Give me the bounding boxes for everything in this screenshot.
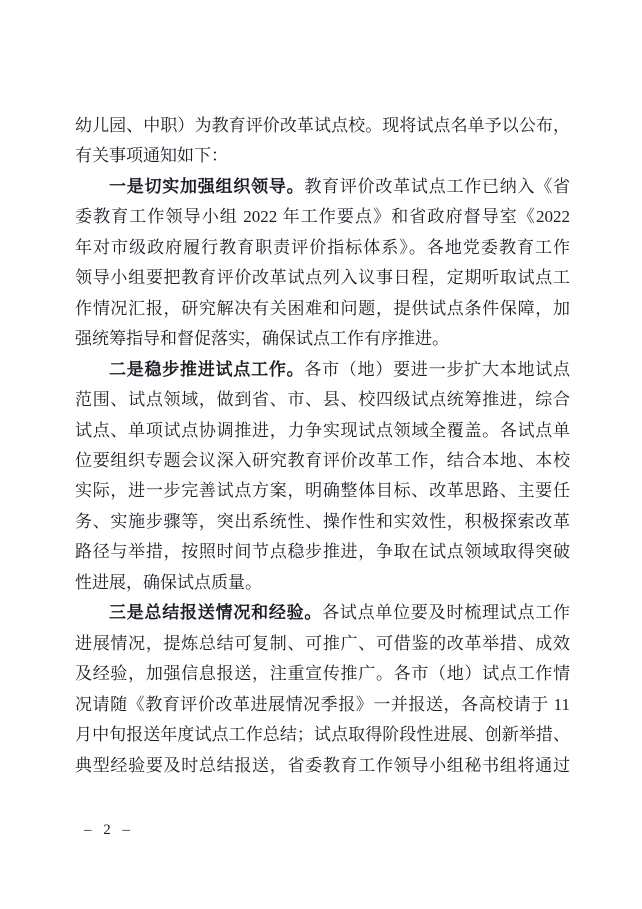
line-text: 况请随《教育评价改革进展情况季报》一并报送，各高校请于 11 bbox=[75, 695, 570, 714]
line-text: 务、实施步骤等，突出系统性、操作性和实效性，积极探索改革 bbox=[75, 512, 570, 531]
document-line: 一是切实加强组织领导。教育评价改革试点工作已纳入《省 bbox=[75, 172, 570, 202]
document-line: 实际，进一步完善试点方案，明确整体目标、改革思路、主要任 bbox=[75, 476, 570, 506]
paragraph-lead: 一是切实加强组织领导。 bbox=[109, 177, 304, 196]
line-text: 领导小组要把教育评价改革试点列入议事日程，定期听取试点工 bbox=[75, 268, 570, 287]
line-text: 月中旬报送年度试点工作总结；试点取得阶段性进展、创新举措、 bbox=[75, 725, 570, 744]
document-line: 委教育工作领导小组 2022 年工作要点》和省政府督导室《2022 bbox=[75, 202, 570, 232]
document-line: 二是稳步推进试点工作。各市（地）要进一步扩大本地试点 bbox=[75, 355, 570, 385]
document-line: 作情况汇报，研究解决有关困难和问题，提供试点条件保障，加 bbox=[75, 294, 570, 324]
paragraph-lead: 二是稳步推进试点工作。 bbox=[109, 360, 304, 379]
line-text: 各试点单位要及时梳理试点工作 bbox=[322, 603, 570, 622]
document-line: 及经验，加强信息报送，注重宣传推广。各市（地）试点工作情 bbox=[75, 659, 570, 689]
document-line: 幼儿园、中职）为教育评价改革试点校。现将试点名单予以公布， bbox=[75, 111, 570, 141]
page-number: – 2 – bbox=[84, 820, 134, 840]
line-text: 各市（地）要进一步扩大本地试点 bbox=[304, 360, 570, 379]
line-text: 委教育工作领导小组 2022 年工作要点》和省政府督导室《2022 bbox=[75, 207, 570, 226]
line-text: 及经验，加强信息报送，注重宣传推广。各市（地）试点工作情 bbox=[75, 664, 570, 683]
line-text: 性进展，确保试点质量。 bbox=[75, 573, 262, 592]
document-line: 有关事项通知如下： bbox=[75, 141, 570, 171]
document-line: 况请随《教育评价改革进展情况季报》一并报送，各高校请于 11 bbox=[75, 690, 570, 720]
document-page: 幼儿园、中职）为教育评价改革试点校。现将试点名单予以公布，有关事项通知如下：一是… bbox=[0, 0, 642, 909]
line-text: 年对市级政府履行教育职责评价指标体系》。各地党委教育工作 bbox=[75, 238, 570, 257]
line-text: 位要组织专题会议深入研究教育评价改革工作，结合本地、本校 bbox=[75, 451, 570, 470]
document-line: 路径与举措，按照时间节点稳步推进，争取在试点领域取得突破 bbox=[75, 537, 570, 567]
line-text: 实际，进一步完善试点方案，明确整体目标、改革思路、主要任 bbox=[75, 481, 570, 500]
line-text: 教育评价改革试点工作已纳入《省 bbox=[304, 177, 570, 196]
document-line: 务、实施步骤等，突出系统性、操作性和实效性，积极探索改革 bbox=[75, 507, 570, 537]
line-text: 有关事项通知如下： bbox=[75, 146, 228, 165]
document-line: 领导小组要把教育评价改革试点列入议事日程，定期听取试点工 bbox=[75, 263, 570, 293]
document-line: 三是总结报送情况和经验。各试点单位要及时梳理试点工作 bbox=[75, 598, 570, 628]
line-text: 作情况汇报，研究解决有关困难和问题，提供试点条件保障，加 bbox=[75, 299, 570, 318]
document-line: 试点、单项试点协调推进，力争实现试点领域全覆盖。各试点单 bbox=[75, 416, 570, 446]
line-text: 幼儿园、中职）为教育评价改革试点校。现将试点名单予以公布， bbox=[75, 116, 570, 135]
document-body: 幼儿园、中职）为教育评价改革试点校。现将试点名单予以公布，有关事项通知如下：一是… bbox=[75, 111, 570, 781]
document-line: 月中旬报送年度试点工作总结；试点取得阶段性进展、创新举措、 bbox=[75, 720, 570, 750]
document-line: 性进展，确保试点质量。 bbox=[75, 568, 570, 598]
document-line: 典型经验要及时总结报送，省委教育工作领导小组秘书组将通过 bbox=[75, 751, 570, 781]
line-text: 范围、试点领域，做到省、市、县、校四级试点统筹推进，综合 bbox=[75, 390, 570, 409]
document-line: 位要组织专题会议深入研究教育评价改革工作，结合本地、本校 bbox=[75, 446, 570, 476]
line-text: 典型经验要及时总结报送，省委教育工作领导小组秘书组将通过 bbox=[75, 756, 570, 775]
document-line: 范围、试点领域，做到省、市、县、校四级试点统筹推进，综合 bbox=[75, 385, 570, 415]
document-line: 强统筹指导和督促落实，确保试点工作有序推进。 bbox=[75, 324, 570, 354]
line-text: 试点、单项试点协调推进，力争实现试点领域全覆盖。各试点单 bbox=[75, 421, 570, 440]
document-line: 年对市级政府履行教育职责评价指标体系》。各地党委教育工作 bbox=[75, 233, 570, 263]
document-line: 进展情况，提炼总结可复制、可推广、可借鉴的改革举措、成效 bbox=[75, 629, 570, 659]
line-text: 强统筹指导和督促落实，确保试点工作有序推进。 bbox=[75, 329, 449, 348]
line-text: 路径与举措，按照时间节点稳步推进，争取在试点领域取得突破 bbox=[75, 542, 570, 561]
paragraph-lead: 三是总结报送情况和经验。 bbox=[109, 603, 322, 622]
line-text: 进展情况，提炼总结可复制、可推广、可借鉴的改革举措、成效 bbox=[75, 634, 570, 653]
